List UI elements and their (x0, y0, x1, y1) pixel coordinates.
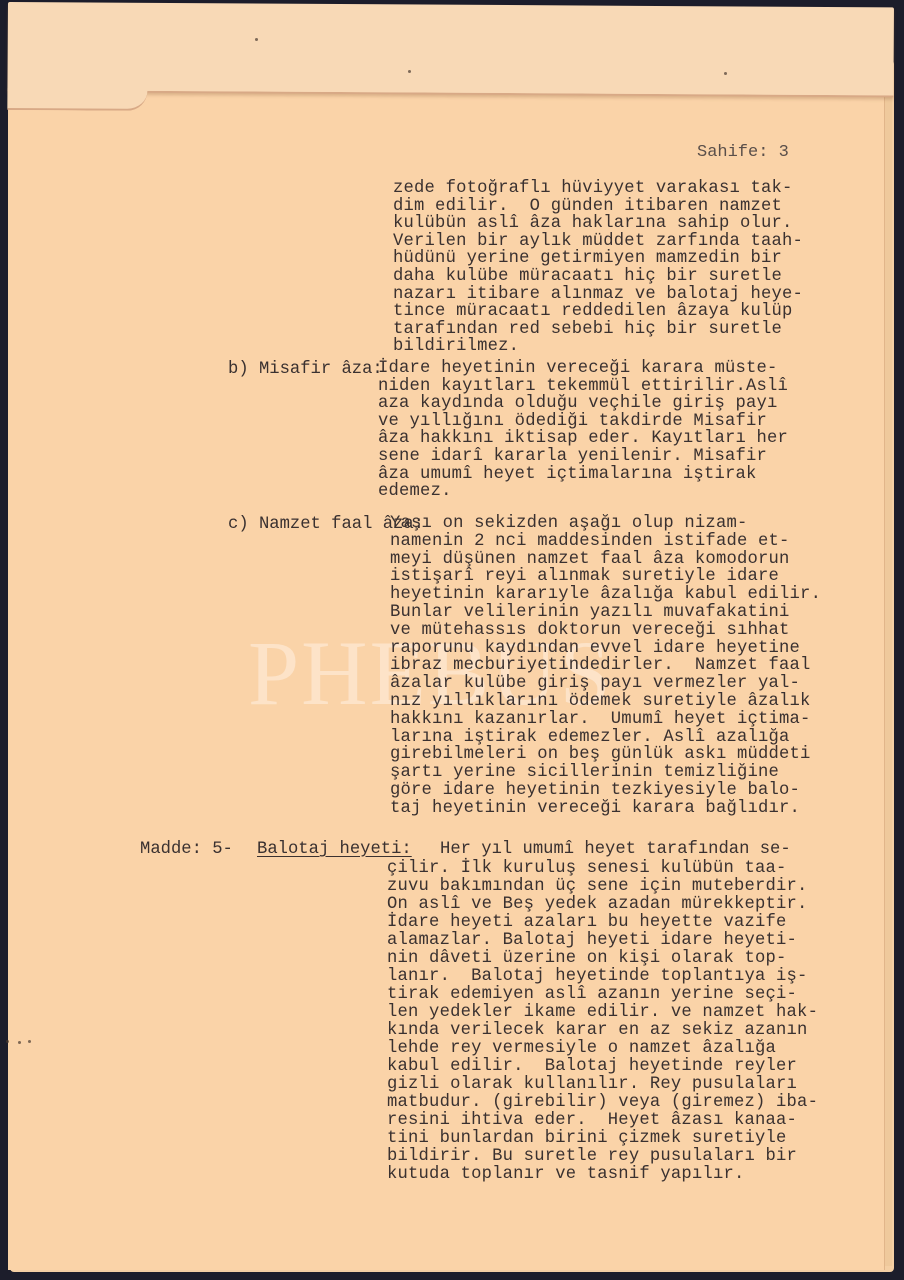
article-5-title: Balotaj heyeti: (257, 840, 412, 859)
text-line: tarafından red sebebi hiç bir suretle (393, 321, 782, 339)
text-line: girebilmeleri on beş günlük askı müddeti (390, 746, 811, 764)
text-line: kında verilecek karar en az sekiz azanın (387, 1022, 808, 1040)
text-line: şartı yerine sicillerinin temizliğine (390, 764, 779, 782)
page-number: Sahife: 3 (697, 143, 789, 162)
text-line: bildirir. Bu suretle rey pusulaları bir (387, 1148, 797, 1166)
article-5-prefix: Madde: 5- (140, 840, 233, 859)
text-line: âzalar kulübe giriş payı vermezler yal- (390, 675, 800, 693)
text-line: niden kayıtları tekemmül ettirilir.Aslî (378, 378, 788, 396)
text-line: kutuda toplanır ve tasnif yapılır. (387, 1166, 744, 1184)
text-line: tini bunlardan birini çizmek suretiyle (387, 1130, 787, 1148)
text-line: matbudur. (girebilir) veya (giremez) iba… (387, 1094, 818, 1112)
text-line: sene idarî kararla yenilenir. Misafir (378, 448, 767, 466)
text-line: hakkını kazanırlar. Umumî heyet içtima- (390, 711, 811, 729)
text-line: kulübün aslî âza haklarına sahip olur. (393, 215, 793, 233)
text-line: bildirilmez. (393, 338, 519, 356)
section-b-label: b) Misafir âza: (228, 360, 383, 379)
text-line: alamazlar. Balotaj heyeti idare heyeti- (387, 932, 797, 950)
text-line: ve yıllığını ödediği takdirde Misafir (378, 413, 767, 431)
text-line: meyi düşünen namzet faal âza komodorun (390, 551, 790, 569)
text-line: lehde rey vermesiyle o namzet âzalığa (387, 1040, 776, 1058)
text-line: âza umumî heyet içtimalarına iştirak (378, 466, 757, 484)
text-line: lanır. Balotaj heyetinde toplantıya iş- (387, 968, 808, 986)
text-line: çilir. İlk kuruluş senesi kulübün taa- (387, 860, 787, 878)
text-line: raporunu kaydından evvel idare heyetine (390, 640, 800, 658)
text-line: edemez. (378, 483, 452, 501)
document-text: Sahife: 3 zede fotoğraflı hüviyyet varak… (0, 0, 904, 1280)
text-line: nız yıllıklarını ödemek suretiyle âzalık (390, 693, 811, 711)
text-line: On aslî ve Beş yedek azadan mürekkeptir. (387, 896, 808, 914)
text-line: dim edilir. O günden itibaren namzet (393, 198, 782, 216)
text-line: aza kaydında olduğu veçhile giriş payı (378, 395, 778, 413)
text-line: len yedekler ikame edilir. ve namzet hak… (387, 1004, 818, 1022)
text-line: larına iştirak edemezler. Aslî azalığa (390, 729, 790, 747)
article-5-first-line: Her yıl umumî heyet tarafından se- (440, 840, 791, 859)
text-line: Bunlar velilerinin yazılı muvafakatini (390, 604, 790, 622)
text-line: ve mütehassıs doktorun vereceği sıhhat (390, 622, 790, 640)
text-line: Yaşı on sekizden aşağı olup nizam- (390, 515, 747, 533)
text-line: resini ihtiva eder. Heyet âzası kanaa- (387, 1112, 797, 1130)
text-line: İdare heyetinin vereceği karara müste- (378, 360, 778, 378)
text-line: gizli olarak kullanılır. Rey pusulaları (387, 1076, 797, 1094)
text-line: göre idare heyetinin tezkiyesiyle balo- (390, 782, 800, 800)
text-line: Verilen bir aylık müddet zarfında taah- (393, 233, 803, 251)
text-line: âza hakkını iktisap eder. Kayıtları her (378, 430, 788, 448)
text-line: heyetinin kararıyle âzalığa kabul edilir… (390, 586, 821, 604)
text-line: tince müracaatı reddedilen âzaya kulüp (393, 303, 793, 321)
text-line: nin dâveti üzerine on kişi olarak top- (387, 950, 787, 968)
text-line: zede fotoğraflı hüviyyet varakası tak- (393, 180, 793, 198)
text-line: kabul edilir. Balotaj heyetinde reyler (387, 1058, 797, 1076)
text-line: zuvu bakımından üç sene için muteberdir. (387, 878, 808, 896)
text-line: namenin 2 nci maddesinden istifade et- (390, 533, 790, 551)
text-line: İdare heyeti azaları bu heyette vazife (387, 914, 787, 932)
text-line: daha kulübe müracaatı hiç bir suretle (393, 268, 782, 286)
text-line: nazarı itibare alınmaz ve balotaj heye- (393, 286, 803, 304)
text-line: tirak edemiyen aslî azanın yerine seçi- (387, 986, 797, 1004)
text-line: taj heyetinin vereceği karara bağlıdır. (390, 800, 800, 818)
text-line: hüdünü yerine getirmiyen mamzedin bir (393, 250, 782, 268)
text-line: ibraz mecburiyetindedirler. Namzet faal (390, 657, 811, 675)
text-line: istişarî reyi alınmak suretiyle idare (390, 568, 779, 586)
